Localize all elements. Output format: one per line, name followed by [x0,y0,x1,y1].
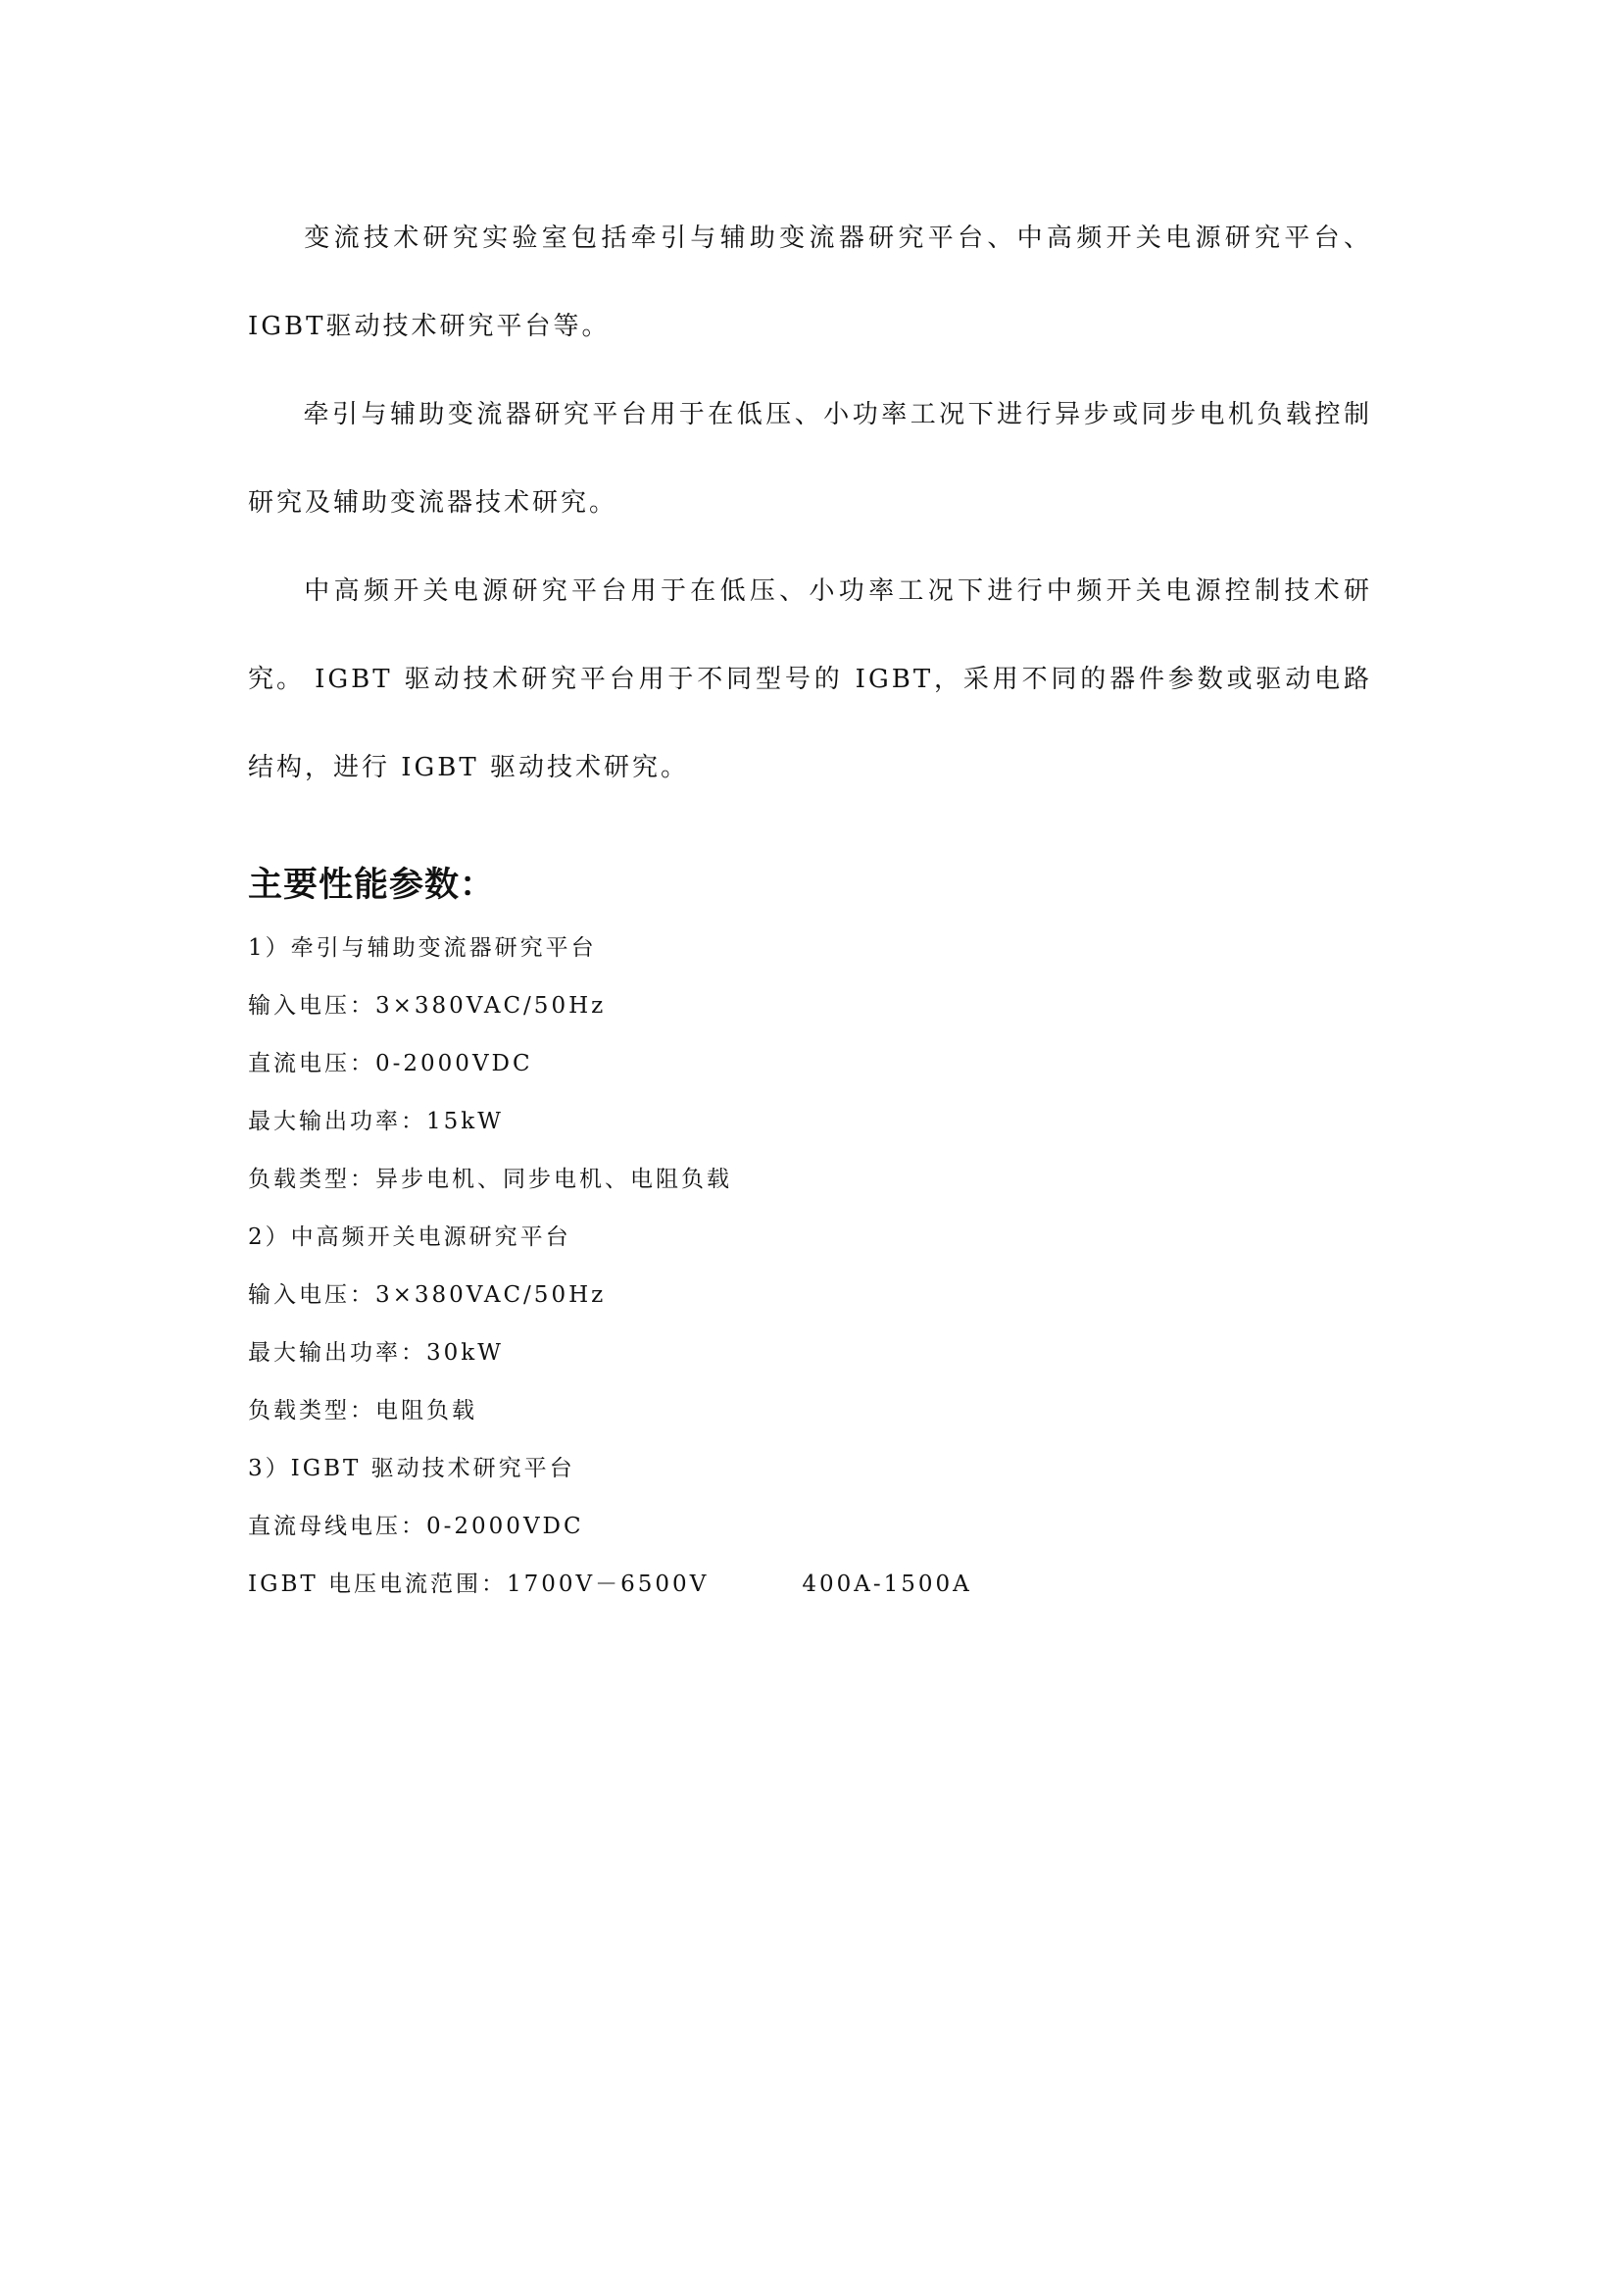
section-heading-main-parameters: 主要性能参数： [248,861,495,910]
spec-item: 输入电压：3×380VAC/50Hz [248,1267,972,1324]
spec-item: 负载类型：电阻负载 [248,1382,972,1440]
paragraph-igbt-platform: IGBT 驱动技术研究平台用于不同型号的 IGBT，采用不同的器件参数或驱动电路… [248,635,1372,812]
spec-item: 负载类型：异步电机、同步电机、电阻负载 [248,1151,972,1209]
spec-item: 1）牵引与辅助变流器研究平台 [248,920,972,977]
spec-item: 输入电压：3×380VAC/50Hz [248,977,972,1035]
spec-item: 3）IGBT 驱动技术研究平台 [248,1440,972,1498]
paragraph-overview: 变流技术研究实验室包括牵引与辅助变流器研究平台、中高频开关电源研究平台、IGBT… [248,194,1372,371]
paragraph-traction-platform: 牵引与辅助变流器研究平台用于在低压、小功率工况下进行异步或同步电机负载控制研究及… [248,371,1372,547]
spec-item: 直流母线电压：0-2000VDC [248,1498,972,1556]
document-page: 变流技术研究实验室包括牵引与辅助变流器研究平台、中高频开关电源研究平台、IGBT… [0,0,1624,2296]
spec-item: 2）中高频开关电源研究平台 [248,1209,972,1267]
spec-item: 最大输出功率：30kW [248,1324,972,1382]
spec-item-igbt-range: IGBT 电压电流范围：1700V－6500V400A-1500A [248,1556,972,1614]
spec-item: 直流电压：0-2000VDC [248,1035,972,1093]
spec-item: 最大输出功率：15kW [248,1093,972,1151]
spec-list: 1）牵引与辅助变流器研究平台 输入电压：3×380VAC/50Hz 直流电压：0… [248,920,972,1614]
